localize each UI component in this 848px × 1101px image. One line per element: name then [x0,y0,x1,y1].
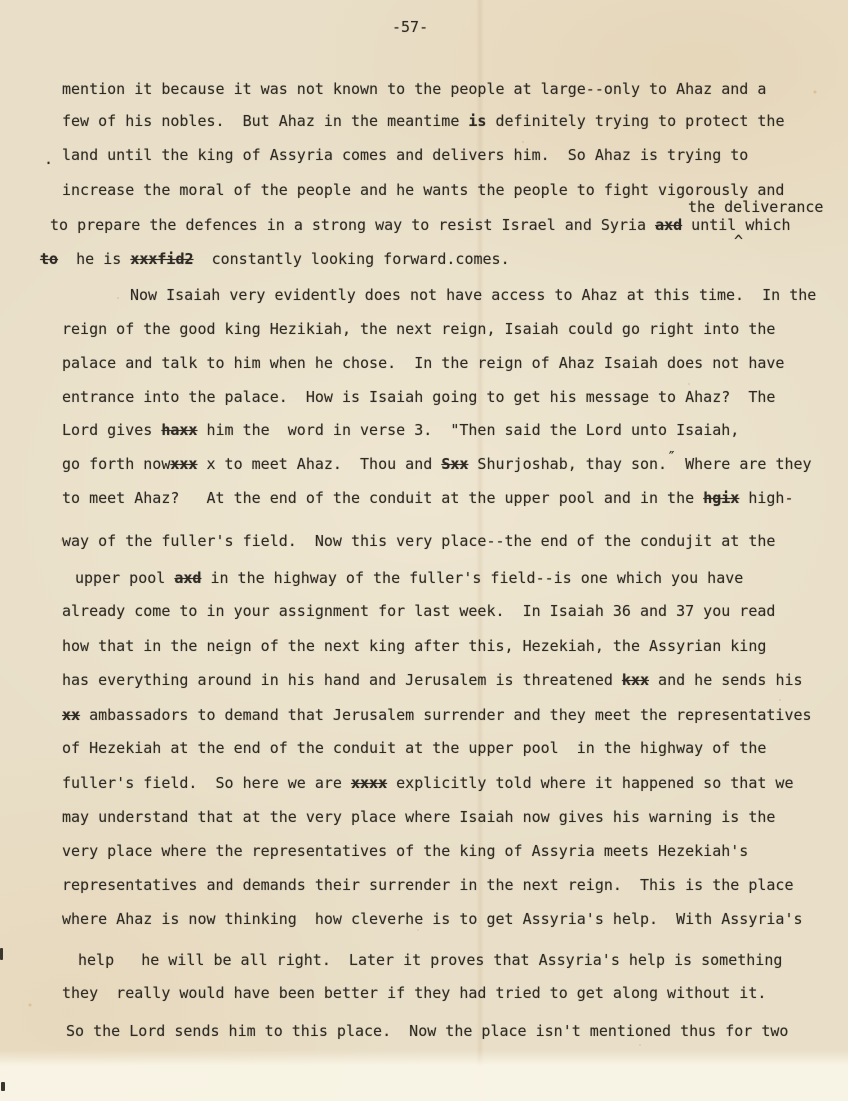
text-segment: reign of the good king Hezikiah, the nex… [62,320,775,338]
text-segment: go forth now [62,455,170,473]
text-line: go forth nowxxx x to meet Ahaz. Thou and… [62,455,812,473]
text-segment: mention it because it was not known to t… [62,80,766,98]
paper-edge-mark [0,948,3,960]
text-line: palace and talk to him when he chose. In… [62,354,784,372]
text-segment: already come to in your assignment for l… [62,602,775,620]
text-line: help he will be all right. Later it prov… [78,951,782,969]
text-line: xx ambassadors to demand that Jerusalem … [62,706,812,724]
text-line: has everything around in his hand and Je… [62,671,803,689]
text-line: how that in the neign of the next king a… [62,637,766,655]
struck-text: hgix [703,489,739,507]
text-segment: high- [739,489,793,507]
text-segment: Now Isaiah very evidently does not have … [130,286,816,304]
text-segment: increase the moral of the people and he … [62,181,784,199]
text-line: to he is xxxfid2 constantly looking forw… [40,250,510,268]
text-line: to prepare the defences in a strong way … [50,216,791,234]
text-segment: the deliverance [688,198,823,216]
text-segment: very place where the representatives of … [62,842,748,860]
page-number: -57- [392,18,428,36]
text-segment: . [44,150,53,168]
struck-text: xxxfid2 [130,250,193,268]
text-segment: way of the fuller's field. Now this very… [62,532,775,550]
text-line: they really would have been better if th… [62,984,766,1002]
text-line: few of his nobles. But Ahaz in the meant… [62,112,784,130]
text-line: already come to in your assignment for l… [62,602,775,620]
text-line: entrance into the palace. How is Isaiah … [62,388,775,406]
struck-text: xxx [170,455,197,473]
text-segment: is [468,112,486,130]
text-segment: to prepare the defences in a strong way … [50,216,655,234]
text-segment: they really would have been better if th… [62,984,766,1002]
text-segment: of Hezekiah at the end of the conduit at… [62,739,766,757]
text-line: representatives and demands their surren… [62,876,794,894]
text-line: mention it because it was not known to t… [62,80,766,98]
text-segment: palace and talk to him when he chose. In… [62,354,784,372]
text-line: upper pool axd in the highway of the ful… [75,569,743,587]
struck-text: axd [174,569,201,587]
text-segment: and he sends his [649,671,803,689]
text-segment: he is [58,250,130,268]
text-line: very place where the representatives of … [62,842,748,860]
text-segment: may understand that at the very place wh… [62,808,775,826]
text-segment: has everything around in his hand and Je… [62,671,622,689]
text-segment: Where are they [676,455,811,473]
text-segment: x to meet Ahaz. Thou and [197,455,441,473]
text-segment: Lord gives [62,421,161,439]
text-line: reign of the good king Hezikiah, the nex… [62,320,775,338]
struck-text: to [40,250,58,268]
struck-text: Sxx [441,455,468,473]
text-segment: ^ [734,232,743,250]
text-line: land until the king of Assyria comes and… [62,146,748,164]
text-segment: where Ahaz is now thinking how cleverhe … [62,910,803,928]
struck-text: haxx [161,421,197,439]
text-segment: explicitly told where it happened so tha… [387,774,793,792]
text-line: increase the moral of the people and he … [62,181,784,199]
text-line: of Hezekiah at the end of the conduit at… [62,739,766,757]
text-line: may understand that at the very place wh… [62,808,775,826]
text-segment: to meet Ahaz? At the end of the conduit … [62,489,703,507]
text-line: So the Lord sends him to this place. Now… [66,1022,788,1040]
text-line: way of the fuller's field. Now this very… [62,532,775,550]
text-segment: in the highway of the fuller's field--is… [201,569,743,587]
text-segment: ambassadors to demand that Jerusalem sur… [80,706,812,724]
text-line: Now Isaiah very evidently does not have … [130,286,816,304]
text-segment: representatives and demands their surren… [62,876,794,894]
text-segment: ″ [667,448,676,466]
text-segment: land until the king of Assyria comes and… [62,146,748,164]
interline-insertion: the deliverance [688,198,823,216]
text-line: Lord gives haxx him the word in verse 3.… [62,421,739,439]
struck-text: xx [62,706,80,724]
text-segment: fuller's field. So here we are [62,774,351,792]
text-segment: him the word in verse 3. "Then said the … [197,421,739,439]
text-segment: constantly looking forward.comes. [194,250,510,268]
paper-edge-mark [1,1082,5,1091]
document-page: -57- mention it because it was not known… [0,0,848,1101]
struck-text: axd [655,216,682,234]
margin-period: . [44,150,53,168]
text-segment: definitely trying to protect the [486,112,784,130]
text-segment: help he will be all right. Later it prov… [78,951,782,969]
text-segment: entrance into the palace. How is Isaiah … [62,388,775,406]
text-segment: upper pool [75,569,174,587]
struck-text: kxx [622,671,649,689]
text-line: fuller's field. So here we are xxxx expl… [62,774,794,792]
text-segment: few of his nobles. But Ahaz in the meant… [62,112,468,130]
text-segment: So the Lord sends him to this place. Now… [66,1022,788,1040]
text-segment: how that in the neign of the next king a… [62,637,766,655]
struck-text: xxxx [351,774,387,792]
text-line: to meet Ahaz? At the end of the conduit … [62,489,794,507]
insertion-caret: ^ [734,232,743,250]
text-segment: Shurjoshab, thay son. [468,455,667,473]
text-line: where Ahaz is now thinking how cleverhe … [62,910,803,928]
